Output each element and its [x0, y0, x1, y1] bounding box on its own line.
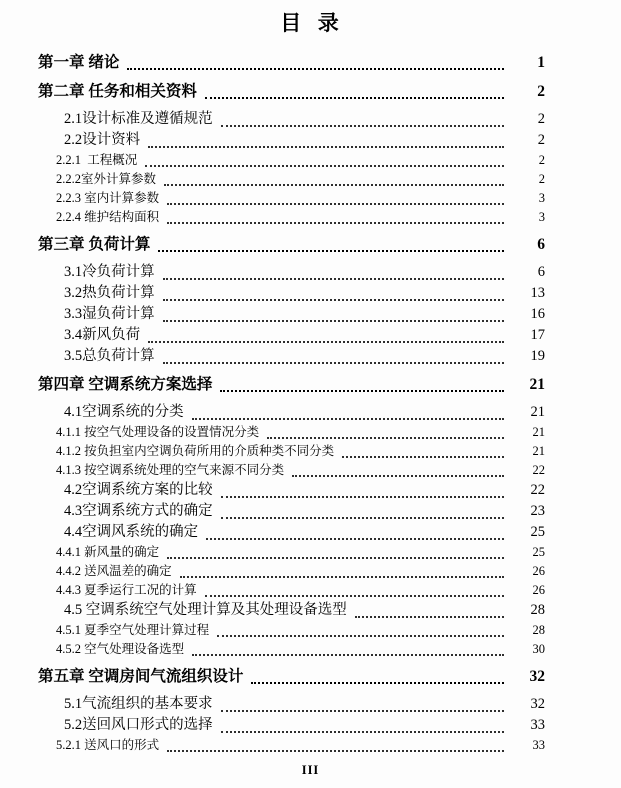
toc-entry-label: 3.5总负荷计算 [64, 346, 155, 367]
toc-entry-label: 第一章 绪论 [38, 52, 119, 74]
toc-entry: 4.1.3 按空调系统处理的空气来源不同分类 22 [0, 461, 621, 480]
toc-entry: 5.2送回风口形式的选择 33 [0, 715, 621, 736]
toc-entry-page-number: 2 [519, 170, 545, 189]
toc-entry-page-number: 28 [519, 621, 545, 640]
toc-entry-label: 2.1设计标准及遵循规范 [64, 109, 213, 130]
toc-entry-label: 4.5.2 空气处理设备选型 [56, 640, 184, 659]
toc-entry-label: 3.4新风负荷 [64, 325, 140, 346]
toc-entry: 4.2空调系统方案的比较 22 [0, 480, 621, 501]
dot-leader [342, 456, 504, 458]
dot-leader [148, 146, 504, 148]
toc-entry-page-number: 1 [519, 52, 545, 74]
toc-entry: 5.2.1 送风口的形式 33 [0, 736, 621, 755]
toc-entry-page-number: 30 [519, 640, 545, 659]
dot-leader [221, 710, 504, 712]
toc-entry-label: 4.1.3 按空调系统处理的空气来源不同分类 [56, 461, 284, 480]
toc-entry-page-number: 2 [519, 130, 545, 151]
dot-leader [167, 203, 504, 205]
dot-leader [167, 557, 504, 559]
toc-entry-label: 3.3湿负荷计算 [64, 304, 155, 325]
dot-leader [206, 538, 504, 540]
toc-entry-page-number: 22 [519, 480, 545, 501]
toc-entry-page-number: 25 [519, 522, 545, 543]
toc-entry: 4.1.2 按负担室内空调负荷所用的介质种类不同分类 21 [0, 442, 621, 461]
toc-entry-label: 4.4.3 夏季运行工况的计算 [56, 581, 197, 600]
dot-leader [163, 278, 504, 280]
toc-entry-label: 2.2.3 室内计算参数 [56, 189, 159, 208]
toc-entry-label: 2.2设计资料 [64, 130, 140, 151]
toc-entry-page-number: 21 [519, 423, 545, 442]
toc-entry-label: 5.2送回风口形式的选择 [64, 715, 213, 736]
toc-entry-page-number: 3 [519, 189, 545, 208]
toc-entry-page-number: 2 [519, 81, 545, 103]
dot-leader [221, 125, 504, 127]
toc-entry-page-number: 26 [519, 581, 545, 600]
toc-entry-page-number: 16 [519, 304, 545, 325]
toc-entry: 4.3空调系统方式的确定 23 [0, 501, 621, 522]
dot-leader [148, 341, 504, 343]
dot-leader [180, 576, 504, 578]
toc-entry-label: 第五章 空调房间气流组织设计 [38, 666, 243, 688]
toc-entry-label: 3.2热负荷计算 [64, 283, 155, 304]
toc-entry: 2.2.3 室内计算参数 3 [0, 189, 621, 208]
dot-leader [221, 517, 504, 519]
toc-entry-label: 4.3空调系统方式的确定 [64, 501, 213, 522]
dot-leader [267, 437, 504, 439]
dot-leader [158, 250, 504, 252]
toc-entry-page-number: 26 [519, 562, 545, 581]
toc-entry-page-number: 22 [519, 461, 545, 480]
dot-leader [167, 750, 504, 752]
toc-entry: 4.1.1 按空气处理设备的设置情况分类 21 [0, 423, 621, 442]
toc-entry-page-number: 17 [519, 325, 545, 346]
page-title: 目 录 [0, 8, 621, 38]
toc-entry-label: 5.1气流组织的基本要求 [64, 694, 213, 715]
toc-entry: 4.4空调风系统的确定 25 [0, 522, 621, 543]
toc-entry-label: 4.5 空调系统空气处理计算及其处理设备选型 [64, 600, 347, 621]
toc-entry: 第一章 绪论 1 [0, 52, 621, 74]
toc-entry: 第二章 任务和相关资料 2 [0, 81, 621, 103]
toc-entry: 3.3湿负荷计算 16 [0, 304, 621, 325]
toc-entry-label: 4.4空调风系统的确定 [64, 522, 198, 543]
toc-entry-label: 第二章 任务和相关资料 [38, 81, 197, 103]
toc-entry-page-number: 6 [519, 262, 545, 283]
toc-entry: 5.1气流组织的基本要求 32 [0, 694, 621, 715]
toc-entry-page-number: 32 [519, 666, 545, 688]
toc-entry-page-number: 6 [519, 234, 545, 256]
dot-leader [221, 496, 504, 498]
toc-entry: 2.2.2室外计算参数 2 [0, 170, 621, 189]
toc-entry-page-number: 2 [519, 109, 545, 130]
toc-entry: 4.4.1 新风量的确定 25 [0, 543, 621, 562]
toc-entry: 3.2热负荷计算 13 [0, 283, 621, 304]
dot-leader [205, 97, 504, 99]
toc-entry-label: 4.1.2 按负担室内空调负荷所用的介质种类不同分类 [56, 442, 334, 461]
toc-entry: 4.5.2 空气处理设备选型 30 [0, 640, 621, 659]
toc-entry-page-number: 3 [519, 208, 545, 227]
toc-entry-page-number: 33 [519, 736, 545, 755]
toc-entry-page-number: 28 [519, 600, 545, 621]
toc-entry-page-number: 21 [519, 442, 545, 461]
dot-leader [251, 682, 504, 684]
toc-entry: 2.2.4 维护结构面积 3 [0, 208, 621, 227]
toc-entry-page-number: 2 [519, 151, 545, 170]
toc-entry-label: 2.2.1 工程概况 [56, 151, 137, 170]
toc-entry-label: 3.1冷负荷计算 [64, 262, 155, 283]
toc-entry-label: 第三章 负荷计算 [38, 234, 150, 256]
dot-leader [292, 475, 504, 477]
toc-entry-label: 4.4.2 送风温差的确定 [56, 562, 172, 581]
toc-entry: 3.1冷负荷计算 6 [0, 262, 621, 283]
document-page: 目 录 第一章 绪论 1 第二章 任务和相关资料 2 2.1设计标准及遵循规范 … [0, 0, 621, 788]
dot-leader [205, 595, 504, 597]
toc-list: 第一章 绪论 1 第二章 任务和相关资料 2 2.1设计标准及遵循规范 2 2.… [0, 52, 621, 755]
toc-entry: 第五章 空调房间气流组织设计 32 [0, 666, 621, 688]
toc-entry-label: 2.2.2室外计算参数 [56, 170, 156, 189]
toc-entry-label: 第四章 空调系统方案选择 [38, 374, 212, 396]
toc-entry-page-number: 33 [519, 715, 545, 736]
toc-entry: 3.5总负荷计算 19 [0, 346, 621, 367]
toc-entry-label: 4.1空调系统的分类 [64, 402, 184, 423]
toc-entry-label: 4.4.1 新风量的确定 [56, 543, 159, 562]
toc-entry: 4.5.1 夏季空气处理计算过程 28 [0, 621, 621, 640]
toc-entry: 第四章 空调系统方案选择 21 [0, 374, 621, 396]
toc-entry-label: 4.2空调系统方案的比较 [64, 480, 213, 501]
toc-entry: 4.4.2 送风温差的确定 26 [0, 562, 621, 581]
toc-entry: 第三章 负荷计算 6 [0, 234, 621, 256]
dot-leader [167, 222, 504, 224]
dot-leader [220, 390, 504, 392]
toc-entry: 4.5 空调系统空气处理计算及其处理设备选型 28 [0, 600, 621, 621]
dot-leader [192, 654, 504, 656]
toc-entry-page-number: 23 [519, 501, 545, 522]
dot-leader [217, 635, 504, 637]
toc-entry: 2.2.1 工程概况 2 [0, 151, 621, 170]
toc-entry-page-number: 13 [519, 283, 545, 304]
dot-leader [163, 362, 504, 364]
dot-leader [164, 184, 504, 186]
dot-leader [163, 299, 504, 301]
toc-entry-label: 5.2.1 送风口的形式 [56, 736, 159, 755]
toc-entry-page-number: 25 [519, 543, 545, 562]
toc-entry: 2.1设计标准及遵循规范 2 [0, 109, 621, 130]
toc-entry-label: 4.1.1 按空气处理设备的设置情况分类 [56, 423, 259, 442]
dot-leader [127, 68, 504, 70]
toc-entry-page-number: 21 [519, 374, 545, 396]
dot-leader [163, 320, 504, 322]
dot-leader [221, 731, 504, 733]
toc-entry-page-number: 32 [519, 694, 545, 715]
toc-entry: 4.1空调系统的分类 21 [0, 402, 621, 423]
toc-entry-label: 2.2.4 维护结构面积 [56, 208, 159, 227]
dot-leader [355, 616, 504, 618]
toc-entry: 4.4.3 夏季运行工况的计算 26 [0, 581, 621, 600]
toc-entry-label: 4.5.1 夏季空气处理计算过程 [56, 621, 209, 640]
toc-entry: 2.2设计资料 2 [0, 130, 621, 151]
toc-entry-page-number: 21 [519, 402, 545, 423]
footer-page-number: III [0, 763, 621, 778]
dot-leader [145, 165, 504, 167]
toc-entry: 3.4新风负荷 17 [0, 325, 621, 346]
dot-leader [192, 418, 504, 420]
toc-entry-page-number: 19 [519, 346, 545, 367]
